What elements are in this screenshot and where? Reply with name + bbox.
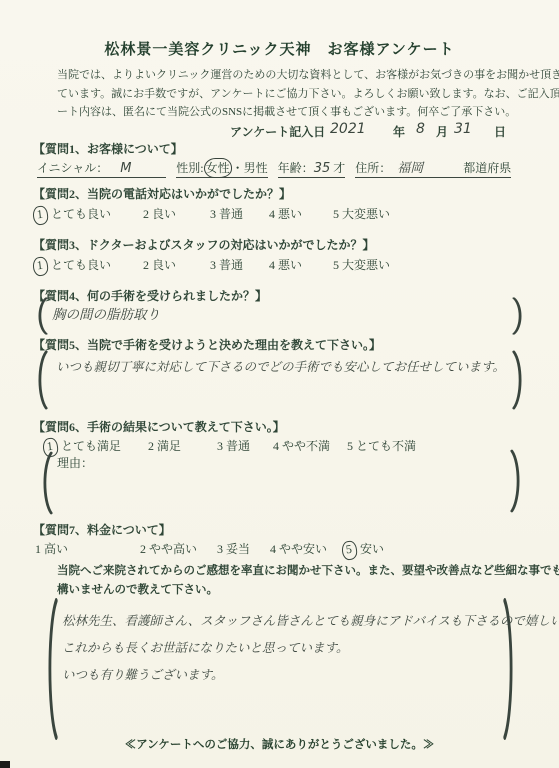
date-month-value: 8 [416,121,425,137]
question2-header: 【質問2、当院の電話対応はいかがでしたか？】 [33,185,291,202]
gender-male: 男性 [244,161,268,175]
option-4: 4悪い [269,256,302,273]
option-label: とても不満 [356,439,416,453]
option-number: 4 [273,439,279,454]
option-5: 5大変悪い [333,256,390,273]
date-year-value: 2021 [330,121,366,137]
gender-field: 性別:女性・男性 [176,161,267,178]
option-label: 安い [360,542,384,556]
gender-separator: ・ [232,161,244,175]
option-label: やや安い [279,542,327,556]
question6-options: 1とても満足 2満足 3普通 4やや不満 5とても不満 [33,437,548,455]
option-number: 5 [347,439,353,454]
option-number: 5 [333,207,339,222]
option-number: 4 [269,258,275,273]
reason-bracket-right [509,449,523,513]
option-label: 普通 [226,439,250,453]
option-3: 3普通 [210,205,243,222]
answer-bracket-right [511,297,525,335]
address-value-handwritten: 福岡 [391,157,463,176]
option-number: 3 [217,439,223,454]
date-month-unit: 月 [436,123,448,140]
address-suffix: 都道府県 [463,161,511,175]
address-field: 住所：福岡都道府県 [355,161,511,178]
option-number: 2 [143,258,149,273]
option-label: 大変悪い [342,207,390,221]
age-suffix: 才 [333,161,345,175]
option-label: 悪い [278,207,302,221]
scan-corner-artifact [0,761,10,768]
option-1: 1高い [35,540,68,557]
answer-bracket-left [35,350,49,410]
option-2: 2満足 [148,437,181,454]
feedback-comment-handwritten: 松林先生、看護師さん、スタッフさん皆さんとても親身にアドバイスも下さるので嬉しい… [62,607,559,688]
option-label: 満足 [157,439,181,453]
option-number: 2 [148,439,154,454]
option-5: 5大変悪い [333,205,390,222]
question6-reason-label: 理由： [57,454,93,471]
option-label: 悪い [278,258,302,272]
date-day-value: 31 [454,121,472,137]
option-4: 4やや安い [270,540,327,557]
feedback-prompt-line: 当院へご来院されてからのご感想を率直にお聞かせ下さい。また、要望や改善点など些細… [57,562,537,581]
question4-answer-handwritten: 胸の間の脂肪取り [52,303,160,323]
comment-bracket-left [45,598,59,740]
option-label: 高い [44,542,68,556]
option-2: 2良い [143,205,176,222]
selected-circle-mark: 1 [32,205,49,225]
question3-header: 【質問3、ドクターおよびスタッフの対応はいかがでしたか？】 [33,236,375,253]
option-number: 4 [270,542,276,557]
intro-line: ート内容は、匿名にて当院公式のSNSに掲載させて頂く事もございます。何卒ご了承下… [57,103,535,122]
option-number: 1 [35,542,41,557]
question1-header: 【質問1、お客様について】 [33,140,183,157]
gender-label: 性別: [176,161,203,175]
option-label: 妥当 [226,542,250,556]
option-number: 3 [217,542,223,557]
option-label: やや不満 [282,439,330,453]
option-label: 大変悪い [342,258,390,272]
option-number: 4 [269,207,275,222]
option-label: 普通 [219,258,243,272]
option-label: 良い [152,258,176,272]
option-number: 3 [210,258,216,273]
feedback-prompt: 当院へご来院されてからのご感想を率直にお聞かせ下さい。また、要望や改善点など些細… [57,562,537,600]
intro-line: ています。誠にお手数ですが、アンケートにご協力下さい。よろしくお願い致します。な… [57,85,535,104]
question5-answer-handwritten: いつも親切丁寧に対応して下さるのでどの手術でも安心してお任せしています。 [56,357,505,375]
date-year-unit: 年 [393,123,405,140]
option-3: 3妥当 [217,540,250,557]
question7-options: 1高い 2やや高い 3妥当 4やや安い 5安い [33,540,548,558]
option-number: 2 [143,207,149,222]
option-3: 3普通 [217,437,250,454]
answer-bracket-left [35,297,49,335]
option-5: 5安い [342,540,384,560]
question4-header: 【質問4、何の手術を受けられましたか？】 [33,287,267,304]
date-label: アンケート記入日 [230,123,325,140]
comment-line: 松林先生、看護師さん、スタッフさん皆さんとても親身にアドバイスも下さるので嬉しい… [62,607,559,634]
option-5: 5とても不満 [347,437,416,454]
question2-options: 1とても良い 2良い 3普通 4悪い 5大変悪い [33,205,548,223]
intro-line: 当院では、よりよいクリニック運営のための大切な資料として、お客様がお気づきの事を… [57,66,535,85]
option-4: 4やや不満 [273,437,330,454]
survey-date-line: アンケート記入日 2021 年 8 月 31 日 [230,123,540,143]
address-label: 住所： [355,161,391,175]
option-label: とても良い [51,207,111,221]
option-number: 3 [210,207,216,222]
option-2: 2やや高い [140,540,197,557]
question5-header: 【質問5、当院で手術を受けようと決めた理由を教えて下さい。】 [33,336,381,353]
option-number: 2 [140,542,146,557]
comment-line: いつも有り難うございます。 [62,661,559,688]
option-label: とても満足 [61,439,121,453]
gender-female-circled: 女性 [204,158,232,178]
footer-thanks: ≪アンケートへのご協力、誠にありがとうございました。≫ [0,736,559,752]
comment-line: これからも長くお世話になりたいと思っています。 [62,634,559,661]
age-field: 年齢：35 才 [278,161,346,178]
reason-bracket-left [40,451,54,515]
survey-scan-page: 松林景一美容クリニック天神 お客様アンケート 当院では、よりよいクリニック運営の… [0,0,559,768]
selected-circle-mark: 5 [341,540,358,560]
initial-value-handwritten: M [108,161,166,176]
question3-options: 1とても良い 2良い 3普通 4悪い 5大変悪い [33,256,548,274]
option-1: 1とても良い [33,205,111,225]
comment-bracket-right [502,598,516,740]
option-label: とても良い [51,258,111,272]
initial-label: イニシャル： [37,161,108,175]
feedback-prompt-line: 構いませんので教えて下さい。 [57,581,537,600]
page-title: 松林景一美容クリニック天神 お客様アンケート [0,38,559,59]
option-4: 4悪い [269,205,302,222]
question7-header: 【質問7、料金について】 [33,521,171,538]
question1-answers-row: イニシャル：M性別:女性・男性年齢：35 才住所：福岡都道府県 [37,157,521,178]
date-day-unit: 日 [494,123,506,140]
age-value-handwritten: 35 [314,161,331,176]
question6-header: 【質問6、手術の結果について教えて下さい。】 [33,418,285,435]
age-label: 年齢： [278,161,314,175]
initial-field: イニシャル：M [37,161,166,178]
option-label: 良い [152,207,176,221]
option-2: 2良い [143,256,176,273]
option-number: 5 [333,258,339,273]
option-label: 普通 [219,207,243,221]
option-label: やや高い [149,542,197,556]
intro-paragraph: 当院では、よりよいクリニック運営のための大切な資料として、お客様がお気づきの事を… [57,66,535,122]
option-1: 1とても良い [33,256,111,276]
option-3: 3普通 [210,256,243,273]
selected-circle-mark: 1 [32,256,49,276]
answer-bracket-right [511,350,525,410]
